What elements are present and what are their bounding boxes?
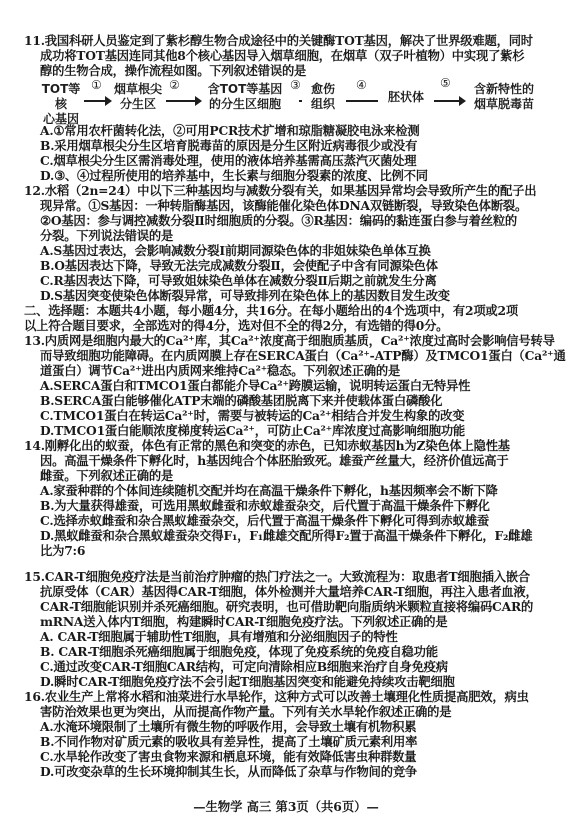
q11-option-a: A.①常用农杆菌转化法，②可用PCR技术扩增和琼脂糖凝胶电泳来检测 — [40, 123, 420, 138]
q12-stem-line-1: 12.水稻（2n=24）中以下三种基因均与减数分裂有关，如果基因异常均会导致所产… — [24, 183, 536, 198]
q11-option-c: C.烟草根尖分生区需消毒处理，使用的液体培养基需高压蒸汽灭菌处理 — [40, 153, 416, 168]
arrow-icon — [434, 100, 464, 102]
q15-stem-line-1: 15.CAR-T细胞免疫疗法是当前治疗肿瘤的热门疗法之一。大致流程为：取患者T细… — [24, 569, 530, 584]
q14-option-d-continued: 比为7:6 — [40, 543, 85, 558]
q16-option-a: A.水淹环境限制了土壤所有微生物的呼吸作用，会导致土壤有机物积累 — [40, 719, 416, 734]
q14-stem-line-3: 雌蚕。下列叙述正确的是 — [40, 468, 173, 483]
exam-page: 11.我国科研人员鉴定到了紫杉醇生物合成途径中的关键酶TOT基因，解决了世界级难… — [0, 0, 572, 837]
arrow-icon — [299, 100, 302, 102]
q11-stem-line-1: 11.我国科研人员鉴定到了紫杉醇生物合成途径中的关键酶TOT基因，解决了世界级难… — [24, 33, 533, 48]
flow-node-root-tip: 烟草根尖分生区 — [110, 82, 166, 112]
q14-option-c: C.选择赤蚁雌蚕和杂合黑蚁雄蚕杂交，后代置于高温干燥条件下孵化可得到赤蚁雄蚕 — [40, 513, 489, 528]
q12-stem-line-4: 分裂。下列说法错误的是 — [40, 228, 173, 243]
q13-option-d: D.TMCO1蛋白能顺浓度梯度转运Ca²⁺，可防止Ca²⁺库浓度过高影响细胞功能 — [40, 423, 465, 438]
q15-option-b: B. CAR-T细胞杀死癌细胞属于细胞免疫，体现了免疫系统的免疫自稳功能 — [40, 644, 438, 659]
flow-node-embryoid: 胚状体 — [382, 90, 430, 105]
section-2-heading-line-1: 二、选择题：本题共4小题，每小题4分，共16分。在每小题给出的4个选项中，有2项… — [24, 303, 518, 318]
q11-option-b: B.采用烟草根尖分生区培育脱毒苗的原因是分生区附近病毒很少或没有 — [40, 138, 417, 153]
q14-stem-line-2: 因。高温干燥条件下孵化时，h基因纯合个体胚胎致死。雄蚕产丝量大，经济价值远高于 — [40, 453, 508, 468]
q12-option-d: D.S基因突变使染色体断裂异常，可导致排列在染色体上的基因数目发生改变 — [40, 288, 450, 303]
q16-stem-line-2: 害防治效果也更为突出，从而提高作物产量。下列有关水旱轮作叙述正确的是 — [40, 704, 451, 719]
q15-option-a: A. CAR-T细胞属于辅助性T细胞，具有增殖和分泌细胞因子的特性 — [40, 629, 398, 644]
q15-option-c: C.通过改变CAR-T细胞CAR结构，可定向清除相应B细胞来治疗自身免疫病 — [40, 659, 448, 674]
q13-option-c: C.TMCO1蛋白在转运Ca²⁺时，需要与被转运的Ca²⁺相结合并发生构象的改变 — [40, 408, 464, 423]
q13-stem-line-1: 13.内质网是细胞内最大的Ca²⁺库，其Ca²⁺浓度高于细胞质基质，Ca²⁺浓度… — [24, 333, 555, 348]
arrow-icon — [166, 100, 200, 102]
section-2-heading-line-2: 以上符合题目要求，全部选对的得4分，选对但不全的得2分，有选错的得0分。 — [24, 318, 448, 333]
q12-option-a: A.S基因过表达，会影响减数分裂Ⅰ前期同源染色体的非姐妹染色单体互换 — [40, 243, 431, 258]
q14-option-b: B.为大量获得雄蚕，可选用黑蚁雌蚕和赤蚁雄蚕杂交，后代置于高温干燥条件下孵化 — [40, 498, 490, 513]
q12-stem-line-2: 现异常。①S基因：一种转脂酶基因，该酶能催化染色体DNA双链断裂，导致染色体断裂… — [40, 198, 527, 213]
q15-option-d: D.瞬时CAR-T细胞免疫疗法不会引起T细胞基因突变和能避免持续攻击靶细胞 — [40, 674, 455, 689]
q11-option-d: D.③、④过程所使用的培养基中，生长素与细胞分裂素的浓度、比例不同 — [40, 168, 428, 183]
flow-step-2: ② — [169, 78, 180, 92]
q12-option-b: B.O基因表达下降，导致无法完成减数分裂Ⅱ，会使配子中含有同源染色体 — [40, 258, 438, 273]
arrow-icon — [346, 100, 378, 102]
q14-stem-line-1: 14.刚孵化出的蚁蚕，体色有正常的黑色和突变的赤色，已知赤蚁基因h为Z染色体上隐… — [24, 438, 510, 453]
flow-step-3: ③ — [290, 78, 301, 92]
q13-stem-line-3: 道蛋白）调节Ca²⁺进出内质网来维持Ca²⁺稳态。下列叙述正确的是 — [40, 363, 400, 378]
q16-option-b: B.不同作物对矿质元素的吸收具有差异性，提高了土壤矿质元素利用率 — [40, 734, 417, 749]
q12-option-c: C.R基因表达下降，可导致姐妹染色单体在减数分裂Ⅱ后期之前就发生分离 — [40, 273, 437, 288]
q12-stem-line-3: ②O基因：参与调控减数分裂Ⅱ时细胞质的分裂。③R基因：编码的黏连蛋白参与着丝粒的 — [40, 213, 517, 228]
q13-option-b: B.SERCA蛋白能够催化ATP末端的磷酸基团脱离下来并使载体蛋白磷酸化 — [40, 393, 442, 408]
q11-flow-diagram: TOT等核心基因 ① 烟草根尖分生区 ② 含TOT等基因的分生区细胞 ③ 愈伤组… — [36, 78, 536, 122]
q13-option-a: A.SERCA蛋白和TMCO1蛋白都能介导Ca²⁺跨膜运输，说明转运蛋白无特异性 — [40, 378, 470, 393]
flow-node-transgenic-cells: 含TOT等基因的分生区细胞 — [202, 82, 288, 112]
q15-stem-line-2: 抗原受体（CAR）基因得CAR-T细胞，体外检测并大量培养CAR-T细胞，再注入… — [40, 584, 538, 599]
flow-node-virus-free-seedling: 含新特性的烟草脱毒苗 — [472, 82, 536, 112]
q14-option-a: A.家蚕种群的个体间连续随机交配并均在高温干燥条件下孵化，h基因频率会不断下降 — [40, 483, 498, 498]
flow-step-5: ⑤ — [440, 76, 451, 90]
arrow-icon — [84, 100, 110, 102]
q14-option-d: D.黑蚁雌蚕和杂合黑蚁雄蚕杂交得F₁，F₁雌雄交配所得F₂置于高温干燥条件下孵化… — [40, 528, 532, 543]
flow-step-4: ④ — [356, 78, 367, 92]
q11-stem-line-3: 醇的生物合成，操作流程如图。下列叙述错误的是 — [40, 63, 306, 78]
flow-node-callus: 愈伤组织 — [306, 82, 340, 112]
q11-stem-line-2: 成功将TOT基因连同其他8个核心基因导入烟草细胞，在烟草（双子叶植物）中实现了紫… — [40, 48, 524, 63]
q15-stem-line-4: mRNA送入体内T细胞，构建瞬时CAR-T细胞免疫疗法。下列叙述正确的是 — [40, 614, 447, 629]
q16-option-c: C.水旱轮作改变了害虫食物来源和栖息环境，能有效降低害虫种群数量 — [40, 749, 416, 764]
flow-node-tot-genes: TOT等核心基因 — [36, 82, 86, 127]
q15-stem-line-3: CAR-T细胞能识别并杀死癌细胞。研究表明，也可借助靶向脂质纳米颗粒直接将编码C… — [40, 599, 533, 614]
q16-option-d: D.可改变杂草的生长环境抑制其生长，从而降低了杂草与作物间的竞争 — [40, 764, 417, 779]
q16-stem-line-1: 16.农业生产上常将水稻和油菜进行水旱轮作，这种方式可以改善土壤理化性质提高肥效… — [24, 689, 529, 704]
page-footer: —生物学 高三 第3页（共6页）— — [0, 797, 572, 815]
q13-stem-line-2: 而导致细胞功能障碍。在内质网膜上存在SERCA蛋白（Ca²⁺-ATP酶）及TMC… — [40, 348, 566, 363]
flow-step-1: ① — [91, 78, 102, 92]
